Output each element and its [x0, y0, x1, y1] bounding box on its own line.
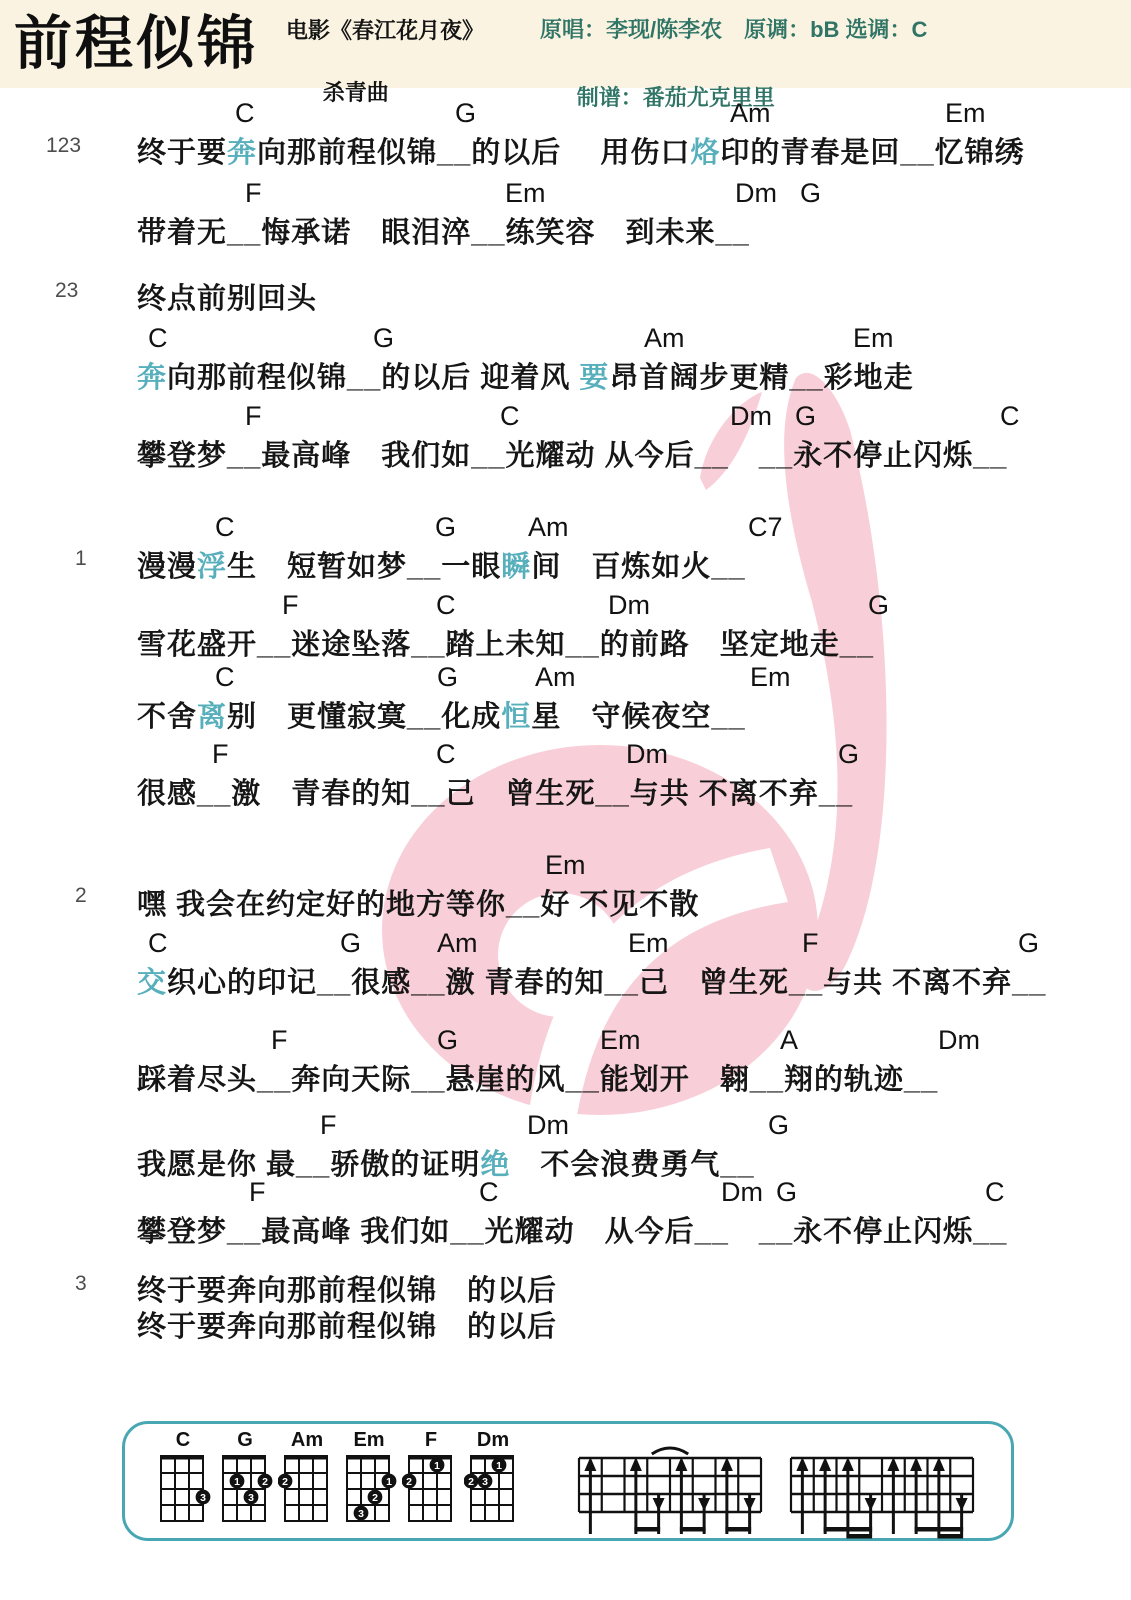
- chord-label: F: [271, 1025, 288, 1056]
- chord-label: Em: [945, 98, 986, 129]
- lyric-text: 终于要: [137, 137, 227, 169]
- chord-diagram-G: G123: [216, 1428, 274, 1537]
- svg-text:2: 2: [262, 1476, 268, 1488]
- chord-label: Dm: [626, 739, 668, 770]
- section-number: 123: [46, 134, 81, 158]
- chord-label: G: [838, 739, 859, 770]
- chord-label: Dm: [730, 401, 772, 432]
- lyric-text: 向那前程似锦__的以后 用伤口: [257, 137, 690, 169]
- chord-diagram-label: F: [402, 1428, 460, 1452]
- down-arrow: [744, 1498, 756, 1511]
- chord-line: FDmG: [0, 1110, 1131, 1142]
- chord-label: F: [245, 178, 262, 209]
- chord-label: G: [800, 178, 821, 209]
- svg-text:3: 3: [482, 1476, 488, 1488]
- chord-label: Am: [528, 512, 569, 543]
- lyric-text: 生 短暂如梦__一眼: [227, 551, 501, 583]
- chord-diagram-Dm: Dm123: [464, 1428, 522, 1537]
- beam: [915, 1527, 964, 1532]
- chord-label: G: [437, 1025, 458, 1056]
- fretboard-grid: 123: [340, 1452, 398, 1532]
- highlighted-char: 恒: [501, 701, 531, 733]
- section-number: 2: [75, 884, 87, 908]
- highlighted-char: 交: [137, 967, 167, 999]
- beam: [937, 1534, 963, 1539]
- beam: [846, 1534, 872, 1539]
- fretboard-grid: 12: [402, 1452, 460, 1532]
- chord-label: Em: [853, 323, 894, 354]
- chord-diagram-Am: Am2: [278, 1428, 336, 1537]
- lyric-text: 向那前程似锦__的以后 迎着风: [167, 362, 579, 394]
- chord-label: G: [340, 928, 361, 959]
- beam: [824, 1527, 873, 1532]
- highlighted-char: 浮: [197, 551, 227, 583]
- chord-label: C: [985, 1177, 1005, 1208]
- lyric-line: 奔向那前程似锦__的以后 迎着风 要昂首阔步更精__彩地走: [137, 355, 914, 396]
- lyric-text: 带着无__悔承诺 眼泪淬__练笑容 到未来__: [137, 217, 750, 249]
- chord-label: G: [437, 662, 458, 693]
- chord-label: Dm: [608, 590, 650, 621]
- svg-text:1: 1: [496, 1460, 502, 1472]
- chord-label: C: [436, 739, 456, 770]
- lyric-line: 雪花盛开__迷途坠落__踏上未知__的前路 坚定地走__: [137, 622, 874, 663]
- chord-label: Am: [437, 928, 478, 959]
- svg-text:1: 1: [386, 1476, 392, 1488]
- chord-label: F: [212, 739, 229, 770]
- down-arrow: [956, 1498, 968, 1511]
- chord-line: FCDmGC: [0, 1177, 1131, 1209]
- lyric-text: 终于要奔向那前程似锦 的以后: [137, 1275, 557, 1307]
- chord-diagram-label: C: [154, 1428, 212, 1452]
- chord-line: FEmDmG: [0, 178, 1131, 210]
- chord-label: Dm: [527, 1110, 569, 1141]
- fretboard-grid: 123: [216, 1452, 274, 1532]
- highlighted-char: 要: [579, 362, 609, 394]
- chord-label: G: [768, 1110, 789, 1141]
- chord-label: Em: [600, 1025, 641, 1056]
- chord-label: G: [1018, 928, 1039, 959]
- chord-line: CGAmEm: [0, 662, 1131, 694]
- chord-label: C: [1000, 401, 1020, 432]
- down-arrow: [698, 1498, 710, 1511]
- chord-label: Em: [750, 662, 791, 693]
- chord-label: Dm: [938, 1025, 980, 1056]
- svg-text:1: 1: [234, 1476, 240, 1488]
- lyric-text: 攀登梦__最高峰 我们如__光耀动 从今后__ __永不停止闪烁__: [137, 440, 1007, 472]
- chord-label: C: [500, 401, 520, 432]
- chord-label: Em: [505, 178, 546, 209]
- lyric-line: 踩着尽头__奔向天际__悬崖的风__能划开 翱__翔的轨迹__: [137, 1057, 938, 1098]
- lyric-line: 攀登梦__最高峰 我们如__光耀动 从今后__ __永不停止闪烁__: [137, 433, 1007, 474]
- chord-label: F: [245, 401, 262, 432]
- chord-label: F: [320, 1110, 337, 1141]
- lyric-line: 不舍离别 更懂寂寞__化成恒星 守候夜空__: [137, 694, 746, 735]
- chord-label: C: [235, 98, 255, 129]
- beam: [680, 1527, 706, 1532]
- tie-arc: [652, 1448, 688, 1454]
- chord-label: Em: [545, 850, 586, 881]
- lyric-text: 很感__激 青春的知__己 曾生死__与共 不离不弃__: [137, 778, 853, 810]
- lyric-text: 踩着尽头__奔向天际__悬崖的风__能划开 翱__翔的轨迹__: [137, 1064, 938, 1096]
- section-number: 3: [75, 1272, 87, 1296]
- subtitle-movie: 电影《春江花月夜》: [286, 18, 484, 43]
- lyric-text: 星 守候夜空__: [531, 701, 745, 733]
- lyric-text: 印的青春是回__忆锦绣: [720, 137, 1024, 169]
- chord-diagram-F: F12: [402, 1428, 460, 1537]
- chord-line: FCDmGC: [0, 401, 1131, 433]
- chord-line: FCDmG: [0, 739, 1131, 771]
- lyric-text: 漫漫: [137, 551, 197, 583]
- svg-text:3: 3: [200, 1492, 206, 1504]
- lyric-text: 别 更懂寂寞__化成: [227, 701, 501, 733]
- highlighted-char: 离: [197, 701, 227, 733]
- chord-label: F: [282, 590, 299, 621]
- svg-text:1: 1: [434, 1460, 440, 1472]
- lyric-line: 很感__激 青春的知__己 曾生死__与共 不离不弃__: [137, 771, 853, 812]
- chord-label: G: [776, 1177, 797, 1208]
- highlighted-char: 奔: [227, 137, 257, 169]
- section-number: 23: [55, 279, 78, 303]
- chord-label: C: [148, 928, 168, 959]
- lyric-line: 终于要奔向那前程似锦 的以后: [137, 1268, 557, 1309]
- chord-diagram-C: C3: [154, 1428, 212, 1537]
- svg-text:2: 2: [406, 1476, 412, 1488]
- chord-label: G: [435, 512, 456, 543]
- chord-label: C: [215, 662, 235, 693]
- chord-label: G: [868, 590, 889, 621]
- lyric-line: 攀登梦__最高峰 我们如__光耀动 从今后__ __永不停止闪烁__: [137, 1209, 1007, 1250]
- fretboard-grid: 123: [464, 1452, 522, 1532]
- lyric-text: 不舍: [137, 701, 197, 733]
- lyric-text: 雪花盛开__迷途坠落__踏上未知__的前路 坚定地走__: [137, 629, 874, 661]
- chord-label: Dm: [721, 1177, 763, 1208]
- song-subtitle: 电影《春江花月夜》 杀青曲: [286, 15, 484, 108]
- chord-label: C: [215, 512, 235, 543]
- fretboard-grid: 3: [154, 1452, 212, 1532]
- lyric-line: 嘿 我会在约定好的地方等你__好 不见不散: [137, 882, 699, 923]
- svg-text:2: 2: [282, 1476, 288, 1488]
- strum-pattern-2: [787, 1444, 977, 1540]
- svg-text:3: 3: [358, 1508, 364, 1520]
- chord-line: FCDmG: [0, 590, 1131, 622]
- chord-diagram-label: Dm: [464, 1428, 522, 1452]
- lyric-line: 终于要奔向那前程似锦__的以后 用伤口烙印的青春是回__忆锦绣: [137, 130, 1025, 171]
- svg-text:3: 3: [248, 1492, 254, 1504]
- lyric-text: 间 百炼如火__: [531, 551, 745, 583]
- lyric-text: 攀登梦__最高峰 我们如__光耀动 从今后__ __永不停止闪烁__: [137, 1216, 1007, 1248]
- section-number: 1: [75, 547, 87, 571]
- highlighted-char: 瞬: [501, 551, 531, 583]
- chord-label: C7: [748, 512, 783, 543]
- lyric-line: 带着无__悔承诺 眼泪淬__练笑容 到未来__: [137, 210, 750, 251]
- chord-label: F: [802, 928, 819, 959]
- svg-text:2: 2: [468, 1476, 474, 1488]
- chord-diagram-Em: Em123: [340, 1428, 398, 1537]
- chord-diagram-label: Am: [278, 1428, 336, 1452]
- beam: [725, 1527, 751, 1532]
- lyric-text: 嘿 我会在约定好的地方等你__好 不见不散: [137, 889, 699, 921]
- header: 前程似锦 电影《春江花月夜》 杀青曲 原唱：李现/陈李农 原调：bB 选调：C …: [0, 0, 1131, 88]
- lyric-text: 织心的印记__很感__激 青春的知__己 曾生死__与共 不离不弃__: [167, 967, 1046, 999]
- chord-line: Em: [0, 850, 1131, 882]
- credit-singer-key: 原唱：李现/陈李农 原调：bB 选调：C: [540, 17, 927, 42]
- chord-label: A: [780, 1025, 798, 1056]
- lyric-text: 终于要奔向那前程似锦 的以后: [137, 1311, 557, 1343]
- chord-label: C: [479, 1177, 499, 1208]
- chord-label: G: [455, 98, 476, 129]
- lyric-line: 交织心的印记__很感__激 青春的知__己 曾生死__与共 不离不弃__: [137, 960, 1046, 1001]
- chord-label: Am: [730, 98, 771, 129]
- chord-diagram-box: C3G123Am2Em123F12Dm123: [122, 1421, 1014, 1541]
- lyric-line: 终点前别回头: [137, 276, 317, 317]
- beam: [634, 1527, 660, 1532]
- chord-line: CGAmEmFG: [0, 928, 1131, 960]
- lyric-line: 漫漫浮生 短暂如梦__一眼瞬间 百炼如火__: [137, 544, 746, 585]
- lyric-line: 终于要奔向那前程似锦 的以后: [137, 1304, 557, 1345]
- strum-pattern-1: [575, 1444, 765, 1540]
- chord-line: FGEmADm: [0, 1025, 1131, 1057]
- chord-label: G: [373, 323, 394, 354]
- lyric-text: 终点前别回头: [137, 283, 317, 315]
- chord-label: Am: [535, 662, 576, 693]
- chord-diagram-label: G: [216, 1428, 274, 1452]
- highlighted-char: 烙: [690, 137, 720, 169]
- chord-label: Am: [644, 323, 685, 354]
- down-arrow: [865, 1498, 877, 1511]
- chord-label: Em: [628, 928, 669, 959]
- chord-label: G: [795, 401, 816, 432]
- fretboard-grid: 2: [278, 1452, 336, 1532]
- chord-label: C: [148, 323, 168, 354]
- song-title: 前程似锦: [14, 6, 258, 82]
- chord-label: Dm: [735, 178, 777, 209]
- chord-label: F: [249, 1177, 266, 1208]
- down-arrow: [653, 1498, 665, 1511]
- chord-diagram-label: Em: [340, 1428, 398, 1452]
- chord-line: CGAmC7: [0, 512, 1131, 544]
- svg-text:2: 2: [372, 1492, 378, 1504]
- chord-line: CGAmEm: [0, 98, 1131, 130]
- lyric-text: 昂首阔步更精__彩地走: [609, 362, 913, 394]
- chord-sheet-page: 前程似锦 电影《春江花月夜》 杀青曲 原唱：李现/陈李农 原调：bB 选调：C …: [0, 0, 1131, 1600]
- chord-line: CGAmEm: [0, 323, 1131, 355]
- chord-label: C: [436, 590, 456, 621]
- highlighted-char: 奔: [137, 362, 167, 394]
